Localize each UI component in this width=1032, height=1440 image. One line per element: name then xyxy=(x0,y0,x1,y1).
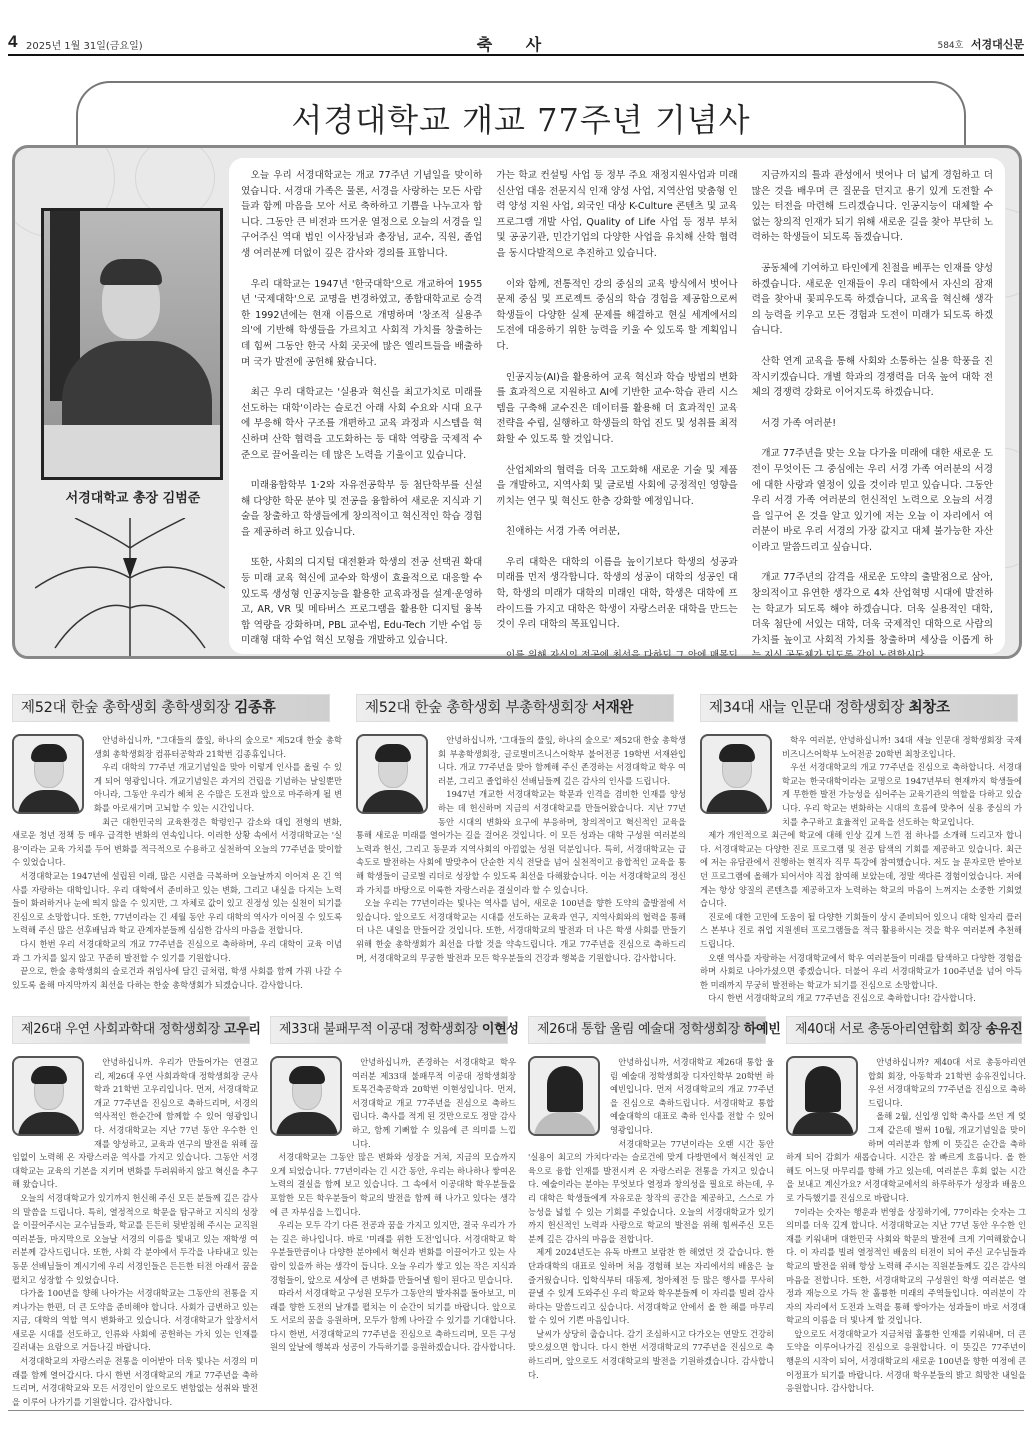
address-column-2: 가는 학교 컨설팅 사업 등 정부 주요 재정지원사업과 미래신산업 대응 전문… xyxy=(496,168,737,644)
paragraph: 7이라는 숫자는 행운과 번영을 상징하기에, 77이라는 숫자는 그 의미를 … xyxy=(786,1206,1026,1328)
paragraph: 따라서 서경대학교 구성원 모두가 그동안의 발자취를 돌아보고, 미래를 향한… xyxy=(270,1287,516,1355)
student-message-1: 제52대 한숲 총학생회 총학생회장 김종휴 안녕하십니까, "그대들의 풀잎,… xyxy=(12,694,342,1004)
section-heading: 제26대 통합 울림 예술대 정학생회장 하예빈 xyxy=(528,1016,766,1044)
heading-name: 서재완 xyxy=(592,700,633,716)
floral-line-decoration xyxy=(35,518,225,658)
issue-info: 584호 서경대신문 xyxy=(937,36,1024,52)
section-title: 축 사 xyxy=(8,32,1024,55)
paragraph: 공동체에 기여하고 타인에게 친절을 베푸는 인재를 양성하겠습니다. 새로운 … xyxy=(752,261,993,339)
heading-title: 제33대 불패무적 이공대 정학생회장 xyxy=(279,1022,478,1037)
masthead: 4 2025년 1월 31일(금요일) 축 사 584호 서경대신문 xyxy=(8,34,1024,56)
paragraph: 또한, 사회의 디지털 대전환과 학생의 전공 선택권 확대 등 미래 교육 혁… xyxy=(241,555,482,649)
message-body: 안녕하십니까? 제40대 서로 총동아리연합회 회장, 아동학과 21학번 송유… xyxy=(786,1056,1026,1396)
section-heading: 제52대 한숲 총학생회 부총학생회장 서재완 xyxy=(356,694,674,722)
paragraph: 서경대학교의 자랑스러운 전통을 이어받아 더욱 빛나는 서경의 미래를 함께 … xyxy=(12,1355,258,1409)
address-text-panel: 오늘 우리 서경대학교는 개교 77주년 기념일을 맞이하였습니다. 서경대 가… xyxy=(229,158,1005,654)
paragraph: 진로에 대한 고민에 도움이 될 다양한 기회들이 상시 준비되어 있으니 대학… xyxy=(700,911,1022,952)
paragraph: 서경 가족 여러분! xyxy=(752,416,993,432)
heading-title: 제52대 한숲 총학생회 총학생회장 xyxy=(21,700,230,716)
photo-hair xyxy=(100,259,162,285)
section-heading: 제26대 우연 사회과학대 정학생회장 고우리 xyxy=(12,1016,250,1044)
message-body: 안녕하십니까, 서경대학교 제26대 통합 울림 예술대 정학생회장 디자인학부… xyxy=(528,1056,774,1382)
student-message-4: 제26대 우연 사회과학대 정학생회장 고우리 안녕하십니까. 우리가 만들어가… xyxy=(12,1016,258,1406)
paragraph: 제게 2024년도는 유독 바쁘고 보람찬 한 해였던 것 같습니다. 한 단과… xyxy=(528,1246,774,1328)
heading-name: 고우리 xyxy=(224,1022,261,1037)
section-heading: 제40대 서로 총동아리연합회 회장 송유진 xyxy=(786,1016,1022,1044)
paragraph: 다가올 100년을 향해 나아가는 서경대학교는 그동안의 전통을 지켜나가는 … xyxy=(12,1287,258,1355)
paragraph: 앞으로도 서경대학교가 지금처럼 훌륭한 인재를 키워내며, 더 큰 도약을 이… xyxy=(786,1328,1026,1396)
paragraph: 우리 대학은 대학의 이름을 높이기보다 학생의 성공과 미래를 먼저 생각합니… xyxy=(496,555,737,633)
paragraph: 개교 77주년의 감격을 새로운 도약의 출발점으로 삼아, 창의적이고 유연한… xyxy=(752,570,993,659)
paragraph: 최근 우리 대학교는 '실용과 혁신을 최고가치로 미래를 선도하는 대학'이라… xyxy=(241,385,482,463)
heading-name: 김종휴 xyxy=(234,700,275,716)
paragraph: 서경대학교는 1947년에 설립된 이래, 많은 시련을 극복하며 오늘날까지 … xyxy=(12,870,342,938)
paragraph: 우리는 모두 각기 다른 전공과 꿈을 가지고 있지만, 결국 우리가 가는 길… xyxy=(270,1219,516,1287)
paragraph: 서경대학교는 그동안 많은 변화와 성장을 거쳐, 지금의 모습까지 오게 되었… xyxy=(270,1151,516,1219)
student-message-2: 제52대 한숲 총학생회 부총학생회장 서재완 안녕하십니까, '그대들의 풀잎… xyxy=(356,694,686,1004)
heading-title: 제40대 서로 총동아리연합회 회장 xyxy=(795,1022,982,1037)
address-column-3: 지금까지의 틀과 관성에서 벗어나 더 넓게 경험하고 더 많은 것을 배우며 … xyxy=(752,168,993,644)
paragraph: 인공지능(AI)을 활용하여 교육 혁신과 학습 방법의 변화를 효과적으로 지… xyxy=(496,370,737,448)
paragraph: 우리 대학교는 1947년 '한국대학'으로 개교하여 1955년 '국제대학'… xyxy=(241,277,482,371)
president-photo xyxy=(41,208,223,480)
title-banner: 서경대학교 개교 77주년 기념사 xyxy=(76,81,966,151)
paragraph: 가는 학교 컨설팅 사업 등 정부 주요 재정지원사업과 미래신산업 대응 전문… xyxy=(496,168,737,262)
message-body: 안녕하십니까, '그대들의 풀잎, 하나의 숲으로' 제52대 한숲 총학생회 … xyxy=(356,734,686,965)
main-address-box: 서경대학교 총장 김범준 오늘 우리 서경대학교는 개교 77주년 기념일을 맞… xyxy=(12,145,1022,659)
heading-title: 제34대 새늘 인문대 정학생회장 xyxy=(709,700,904,716)
message-body: 학우 여러분, 안녕하십니까! 34대 새늘 인문대 정학생회장 국제비즈니스어… xyxy=(700,734,1022,1006)
student-message-6: 제26대 통합 울림 예술대 정학생회장 하예빈 안녕하십니까, 서경대학교 제… xyxy=(528,1016,774,1406)
paragraph: 서경대학교는 77년이라는 오랜 시간 동안 '실용이 최고의 가치다'라는 슬… xyxy=(528,1138,774,1247)
paragraph: 다시 한번 서경대학교의 개교 77주년을 진심으로 축하합니다! 감사합니다. xyxy=(700,992,1022,1006)
paragraph: 산학 연계 교육을 통해 사회와 소통하는 실용 학풍을 진작시키겠습니다. 개… xyxy=(752,354,993,401)
article-title: 서경대학교 개교 77주년 기념사 xyxy=(78,95,964,141)
paragraph: 끝으로, 한숲 총학생회의 슬로건과 취임사에 담긴 글처럼, 학생 사회를 함… xyxy=(12,965,342,992)
newspaper-name: 서경대신문 xyxy=(971,38,1024,51)
photo-caption: 서경대학교 총장 김범준 xyxy=(35,487,231,506)
section-heading: 제52대 한숲 총학생회 총학생회장 김종휴 xyxy=(12,694,330,722)
paragraph: 제가 개인적으로 최근에 학교에 대해 인상 깊게 느낀 점 하나를 소개해 드… xyxy=(700,829,1022,911)
paragraph: 지금까지의 틀과 관성에서 벗어나 더 넓게 경험하고 더 많은 것을 배우며 … xyxy=(752,168,993,246)
paragraph: 미래융합학부 1·2와 자유전공학부 등 첨단학부를 신설해 다양한 학문 분야… xyxy=(241,478,482,540)
heading-name: 이현성 xyxy=(482,1022,519,1037)
bottom-rule xyxy=(8,1410,1024,1411)
paragraph: 오늘의 서경대학교가 있기까지 헌신해 주신 모든 분들께 깊은 감사의 말씀을… xyxy=(12,1192,258,1287)
paragraph: 최근 대한민국의 교육환경은 학령인구 감소와 대입 전형의 변화, 새로운 청… xyxy=(12,816,342,870)
paragraph: 이와 함께, 전통적인 강의 중심의 교육 방식에서 벗어나 문제 중심 및 프… xyxy=(496,277,737,355)
student-message-7: 제40대 서로 총동아리연합회 회장 송유진 안녕하십니까? 제40대 서로 총… xyxy=(786,1016,1026,1406)
issue-number: 584호 xyxy=(937,41,963,51)
paragraph: 오늘 우리는 77년이라는 빛나는 역사를 넘어, 새로운 100년을 향한 도… xyxy=(356,897,686,965)
message-body: 안녕하십니까, 존경하는 서경대학교 학우 여러분 제33대 불패무적 이공대 … xyxy=(270,1056,516,1355)
paragraph: 친애하는 서경 가족 여러분, xyxy=(496,524,737,540)
student-message-5: 제33대 불패무적 이공대 정학생회장 이현성 안녕하십니까, 존경하는 서경대… xyxy=(270,1016,516,1406)
photo-desk xyxy=(44,425,220,477)
paragraph: 오늘 우리 서경대학교는 개교 77주년 기념일을 맞이하였습니다. 서경대 가… xyxy=(241,168,482,262)
section-heading: 제34대 새늘 인문대 정학생회장 최창조 xyxy=(700,694,1018,722)
section-heading: 제33대 불패무적 이공대 정학생회장 이현성 xyxy=(270,1016,508,1044)
paragraph: 다시 한번 우리 서경대학교의 개교 77주년을 진심으로 축하하며, 우리 대… xyxy=(12,938,342,965)
heading-name: 하예빈 xyxy=(744,1022,781,1037)
heading-name: 최창조 xyxy=(909,700,950,716)
heading-name: 송유진 xyxy=(986,1022,1023,1037)
heading-title: 제26대 우연 사회과학대 정학생회장 xyxy=(21,1022,220,1037)
paragraph: 산업체와의 협력을 더욱 고도화해 새로운 기술 및 제품을 개발하고, 지역사… xyxy=(496,463,737,510)
paragraph: 이를 위해 자신의 전공에 최선을 다하되 그 안에 매몰되지 말고 여러 학문… xyxy=(496,648,737,659)
heading-title: 제52대 한숲 총학생회 부총학생회장 xyxy=(365,700,588,716)
paragraph: 개교 77주년을 맞는 오늘 다가올 미래에 대한 새로운 도전이 무엇이든 그… xyxy=(752,446,993,555)
heading-title: 제26대 통합 울림 예술대 정학생회장 xyxy=(537,1022,740,1037)
message-body: 안녕하십니까. 우리가 만들어가는 연결고리, 제26대 우연 사회과학대 정학… xyxy=(12,1056,258,1409)
address-column-1: 오늘 우리 서경대학교는 개교 77주년 기념일을 맞이하였습니다. 서경대 가… xyxy=(241,168,482,644)
paragraph: 오랜 역사를 자랑하는 서경대학교에서 학우 여러분들이 미래를 탐색하고 다양… xyxy=(700,952,1022,993)
paragraph: 날씨가 상당히 춥습니다. 감기 조심하시고 다가오는 연말도 건강히 맞으셨으… xyxy=(528,1328,774,1382)
student-message-3: 제34대 새늘 인문대 정학생회장 최창조 학우 여러분, 안녕하십니까! 34… xyxy=(700,694,1022,1004)
message-body: 안녕하십니까, "그대들의 풀잎, 하나의 숲으로" 제52대 한숲 총학생회 … xyxy=(12,734,342,992)
